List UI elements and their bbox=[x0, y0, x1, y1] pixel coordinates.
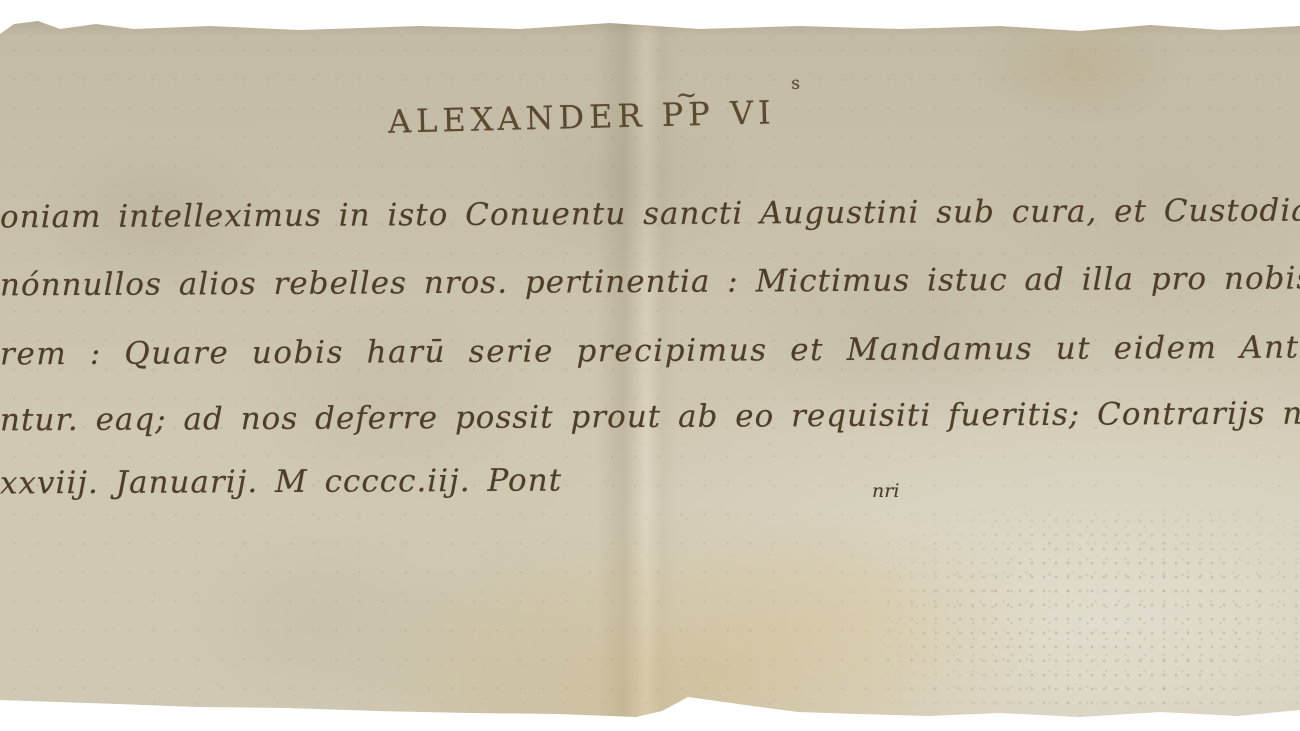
speckle-texture-dense bbox=[880, 510, 1300, 725]
abbreviation-tilde-mark: ~ bbox=[675, 80, 698, 111]
document-heading: ALEXANDER PP VI ~ s bbox=[388, 93, 777, 140]
heading-text: ALEXANDER PP VI bbox=[388, 93, 777, 140]
manuscript-text-line: ntur. eaq; ad nos deferre possit prout a… bbox=[0, 396, 1300, 439]
manuscript-text-line: nónnullos alios rebelles nros. pertinent… bbox=[0, 261, 1300, 304]
heading-superscript: s bbox=[791, 74, 800, 94]
torn-edge-shading bbox=[0, 21, 1300, 37]
manuscript-date-line: xxviij. Januarij. M ccccc.iij. Pont bbox=[0, 463, 562, 502]
manuscript-scan: ALEXANDER PP VI ~ s oniam intelleximus i… bbox=[0, 0, 1300, 731]
manuscript-text-line: rem : Quare uobis harū serie precipimus … bbox=[0, 330, 1300, 373]
manuscript-text-line: oniam intelleximus in isto Conuentu sanc… bbox=[0, 193, 1300, 236]
manuscript-text-fragment: nri bbox=[872, 480, 899, 502]
parchment: ALEXANDER PP VI ~ s oniam intelleximus i… bbox=[0, 0, 1300, 731]
